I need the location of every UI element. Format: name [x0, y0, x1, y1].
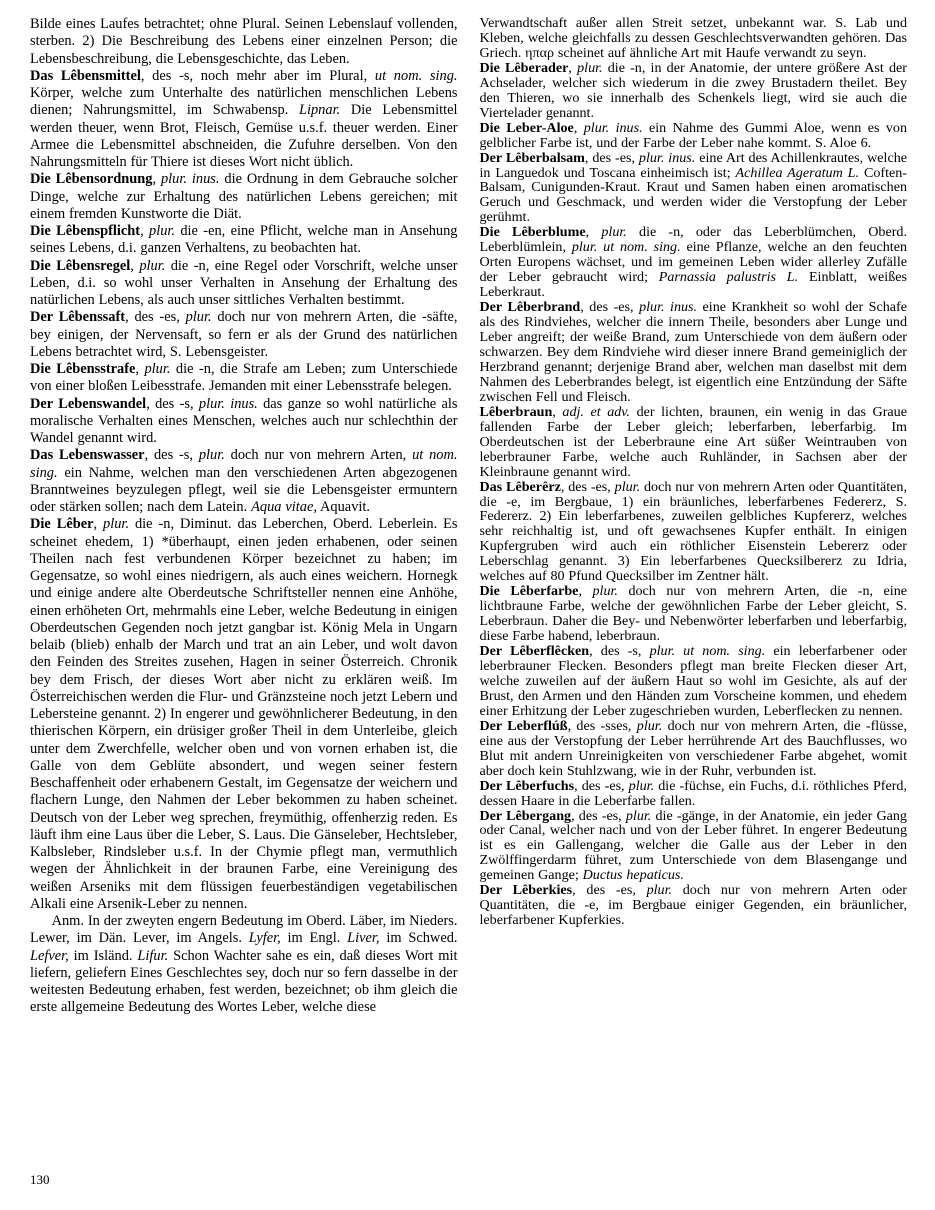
text-run: ,	[94, 516, 104, 532]
dictionary-entry: Die Lêbensstrafe, plur. die -n, die Stra…	[30, 361, 458, 396]
dictionary-page: Bilde eines Laufes betrachtet; ohne Plur…	[0, 0, 935, 1210]
left-column: Bilde eines Laufes betrachtet; ohne Plur…	[30, 16, 458, 1017]
headword: Das Lebenswasser	[30, 447, 145, 463]
dictionary-entry: Die Lêberblume, plur. die -n, oder das L…	[480, 225, 908, 300]
dictionary-entry: Der Lêberkies, des -es, plur. doch nur v…	[480, 883, 908, 928]
dictionary-entry: Das Lêberêrz, des -es, plur. doch nur vo…	[480, 480, 908, 585]
headword: Der Lêberflêcken	[480, 643, 590, 659]
text-run: plur.	[149, 223, 175, 239]
text-run: ein Nahme, welchen man den verschiedenen…	[30, 465, 458, 516]
headword: Der Lêbenssaft	[30, 309, 125, 325]
text-run: die -n, Diminut. das Leberchen, Oberd. L…	[30, 516, 458, 912]
text-run: im Engl.	[281, 930, 347, 946]
text-run: Ductus hepaticus.	[583, 867, 684, 883]
continuation-paragraph: Bilde eines Laufes betrachtet; ohne Plur…	[30, 16, 458, 68]
dictionary-entry: Die Lêbenspflicht, plur. die -en, eine P…	[30, 223, 458, 258]
text-run: Aqua vitae,	[251, 499, 317, 515]
text-run: im Schwed.	[380, 930, 458, 946]
dictionary-entry: Der Lêberbalsam, des -es, plur. inus. ei…	[480, 151, 908, 226]
dictionary-entry: Das Lebenswasser, des -s, plur. doch nur…	[30, 447, 458, 516]
text-run: ,	[574, 120, 584, 136]
headword: Die Lêbensstrafe	[30, 361, 135, 377]
headword: Die Lêberfarbe	[480, 583, 579, 599]
text-run: , des -es,	[585, 150, 639, 166]
text-run: ,	[152, 171, 161, 187]
dictionary-entry: Der Lêberflêcken, des -s, plur. ut nom. …	[480, 644, 908, 719]
text-run: , des -s,	[145, 447, 199, 463]
text-run: Lifur.	[137, 948, 168, 964]
dictionary-entry: Das Lêbensmittel, des -s, noch mehr aber…	[30, 68, 458, 172]
text-run: doch nur von mehrern Arten,	[225, 447, 412, 463]
headword: Die Lêberader	[480, 60, 569, 76]
dictionary-entry: Die Lêbensordnung, plur. inus. die Ordnu…	[30, 171, 458, 223]
text-run: plur.	[592, 583, 617, 599]
text-run: plur.	[103, 516, 129, 532]
text-run: , des -es,	[580, 299, 639, 315]
headword: Die Leber-Aloe	[480, 120, 574, 136]
text-run: , des -s,	[146, 396, 199, 412]
dictionary-entry: Der Lêberbrand, des -es, plur. inus. ein…	[480, 300, 908, 405]
text-run: plur.	[186, 309, 212, 325]
text-run: , des -s,	[589, 643, 649, 659]
text-run: , des -s, noch mehr aber im Plural,	[141, 68, 375, 84]
text-run: , des -sses,	[568, 718, 637, 734]
text-run: plur.	[637, 718, 662, 734]
text-run: , des -es,	[561, 479, 615, 495]
headword: Der Lêberfuchs	[480, 778, 575, 794]
dictionary-entry: Die Lêber, plur. die -n, Diminut. das Le…	[30, 516, 458, 913]
headword: Die Lêber	[30, 516, 94, 532]
text-run: Aquavit.	[317, 499, 370, 515]
headword: Der Lêberbalsam	[480, 150, 585, 166]
headword: Der Lebenswandel	[30, 396, 146, 412]
text-run: Lipnar.	[299, 102, 340, 118]
text-columns: Bilde eines Laufes betrachtet; ohne Plur…	[0, 0, 935, 1017]
text-run: plur.	[199, 447, 225, 463]
headword: Die Lêbensordnung	[30, 171, 152, 187]
headword: Der Lêberbrand	[480, 299, 581, 315]
text-run: plur. inus.	[639, 299, 697, 315]
continuation-paragraph: Verwandtschaft außer allen Streit setzet…	[480, 16, 908, 61]
text-run: , des -es,	[125, 309, 186, 325]
right-column: Verwandtschaft außer allen Streit setzet…	[480, 16, 908, 1017]
annotation-paragraph: Anm. In der zweyten engern Bedeutung im …	[30, 913, 458, 1017]
dictionary-entry: Die Lêbensregel, plur. die -n, eine Rege…	[30, 258, 458, 310]
text-run: plur.	[139, 258, 165, 274]
text-run: Lefver,	[30, 948, 69, 964]
headword: Die Lêbenspflicht	[30, 223, 140, 239]
text-run: Verwandtschaft außer allen Streit setzet…	[480, 15, 908, 61]
dictionary-entry: Die Lêberader, plur. die -n, in der Anat…	[480, 61, 908, 121]
headword: Die Lêbensregel	[30, 258, 130, 274]
text-run: plur.	[144, 361, 170, 377]
headword: Das Lêberêrz	[480, 479, 561, 495]
text-run: plur. inus.	[199, 396, 258, 412]
text-run: ut nom. sing.	[375, 68, 458, 84]
text-run: , des -es,	[571, 808, 626, 824]
text-run: , des -es,	[574, 778, 629, 794]
text-run: im Isländ.	[69, 948, 138, 964]
headword: Das Lêbensmittel	[30, 68, 141, 84]
text-run: plur. ut nom. sing.	[650, 643, 766, 659]
text-run: ,	[552, 404, 562, 420]
page-number: 130	[30, 1172, 50, 1187]
text-run: adj. et adv.	[562, 404, 630, 420]
dictionary-entry: Die Lêberfarbe, plur. doch nur von mehre…	[480, 584, 908, 644]
text-run: plur.	[629, 778, 654, 794]
text-run: plur. inus.	[639, 150, 695, 166]
text-run: plur.	[577, 60, 602, 76]
text-run: , des -es,	[572, 882, 646, 898]
text-run: Liver,	[347, 930, 379, 946]
text-run: ,	[586, 224, 602, 240]
text-run: plur. inus.	[161, 171, 220, 187]
text-run: plur.	[601, 224, 626, 240]
dictionary-entry: Der Lebenswandel, des -s, plur. inus. da…	[30, 396, 458, 448]
dictionary-entry: Der Lêbenssaft, des -es, plur. doch nur …	[30, 309, 458, 361]
text-run: plur. inus.	[584, 120, 643, 136]
text-run: eine Krankheit so wohl der Schafe als de…	[480, 299, 908, 405]
dictionary-entry: Der Lêbergang, des -es, plur. die -gänge…	[480, 809, 908, 884]
headword: Der Lêbergang	[480, 808, 572, 824]
text-run: Parnassia palustris L.	[659, 269, 798, 285]
text-run: Achillea Ageratum L.	[736, 165, 859, 181]
text-run: plur.	[647, 882, 672, 898]
headword: Die Lêberblume	[480, 224, 586, 240]
text-run: plur. ut nom. sing.	[572, 239, 681, 255]
headword: Der Leberflúß	[480, 718, 568, 734]
text-run: Bilde eines Laufes betrachtet; ohne Plur…	[30, 16, 458, 67]
text-run: ,	[578, 583, 592, 599]
text-run: plur.	[626, 808, 651, 824]
text-run: plur.	[615, 479, 640, 495]
dictionary-entry: Lêberbraun, adj. et adv. der lichten, br…	[480, 405, 908, 480]
text-run: ,	[130, 258, 139, 274]
text-run: doch nur von mehrern Arten oder Quantitä…	[480, 479, 908, 585]
text-run: ,	[568, 60, 577, 76]
dictionary-entry: Die Leber-Aloe, plur. inus. ein Nahme de…	[480, 121, 908, 151]
text-run: ,	[140, 223, 149, 239]
text-run: Lyfer,	[249, 930, 281, 946]
dictionary-entry: Der Leberflúß, des -sses, plur. doch nur…	[480, 719, 908, 779]
dictionary-entry: Der Lêberfuchs, des -es, plur. die -füch…	[480, 779, 908, 809]
headword: Lêberbraun	[480, 404, 553, 420]
headword: Der Lêberkies	[480, 882, 573, 898]
